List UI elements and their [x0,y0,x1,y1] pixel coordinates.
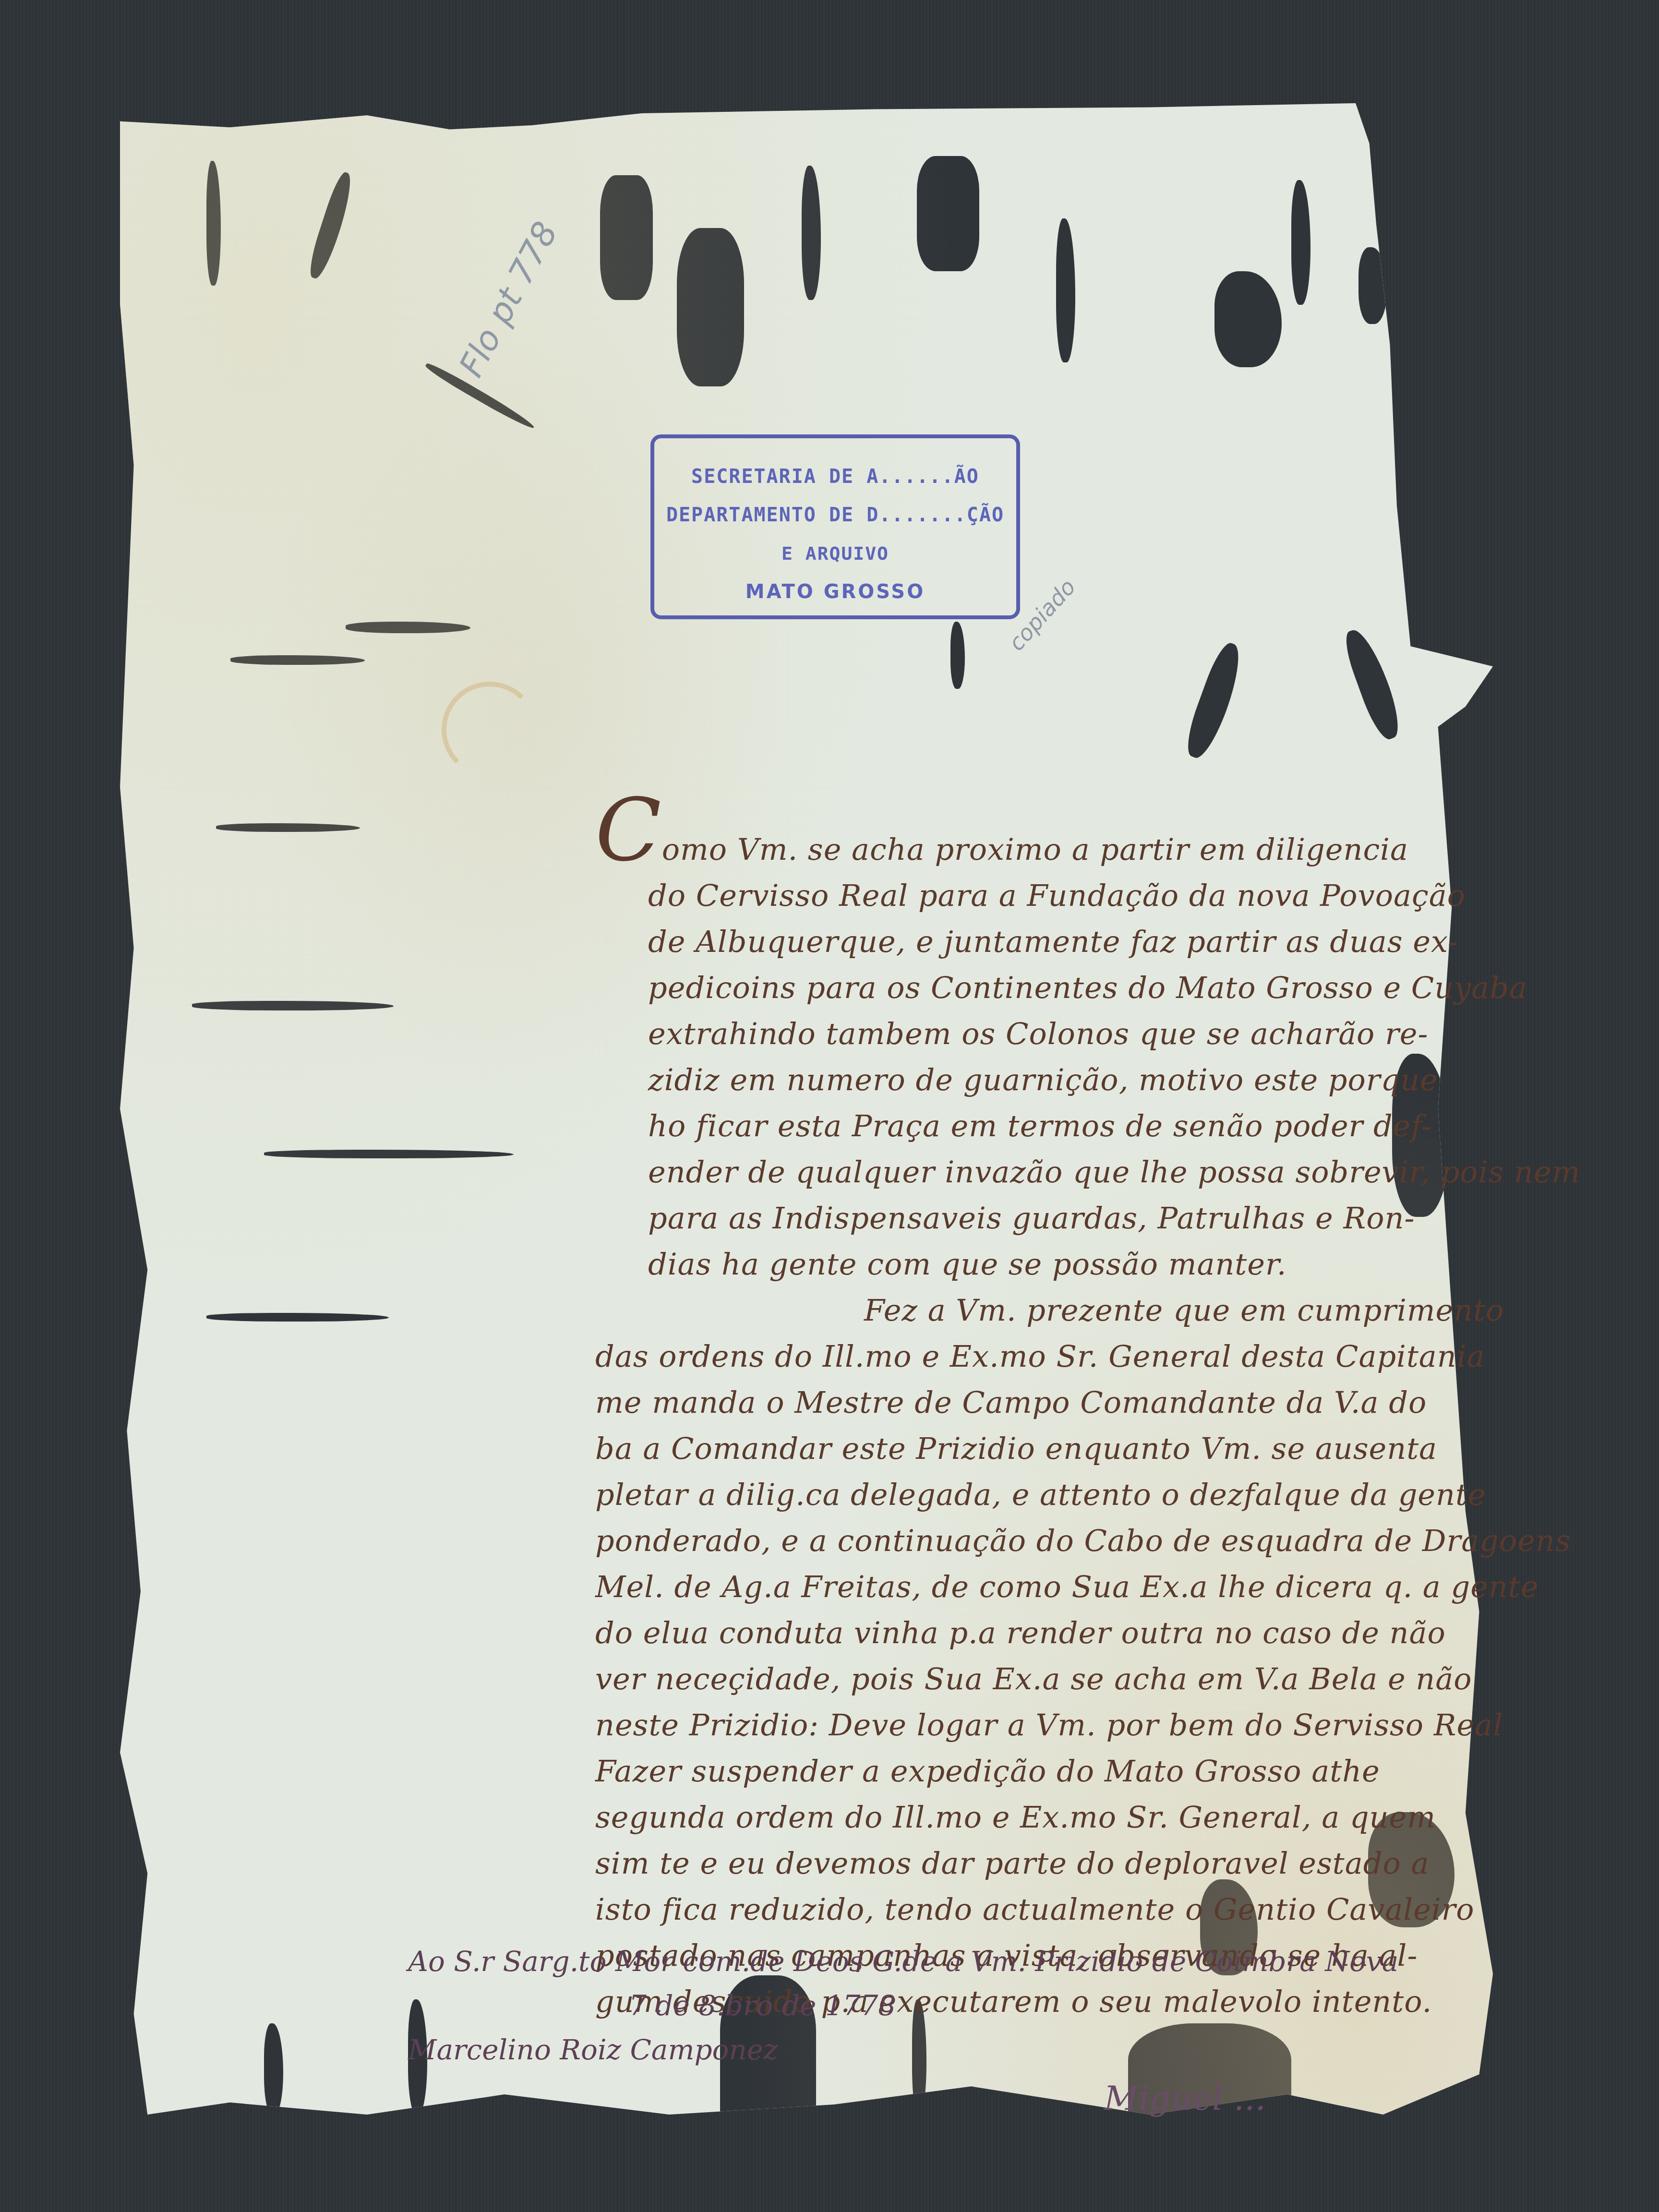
damage-hole [305,170,357,281]
manuscript-line: me manda o Mestre de Campo Comandante da… [595,1380,1507,1426]
water-stain [442,682,538,778]
manuscript-line: dias ha gente com que se possão manter. [595,1241,1507,1287]
closing-block: Ao S.r Sarg.to Mor com.de Deos G.de a Vm… [408,1939,1512,2072]
closing-date: 7 de 8.bro de 1778 [408,1984,1512,2028]
damage-hole [346,622,470,633]
damage-hole [264,2023,283,2115]
stamp-line: E ARQUIVO [654,534,1016,573]
damage-hole [1340,625,1406,743]
manuscript-line: ba a Comandar este Prizidio enquanto Vm.… [595,1426,1507,1472]
damage-hole [1291,180,1310,305]
manuscript-line: ver neceçidade, pois Sua Ex.a se acha em… [595,1656,1507,1702]
damage-hole [802,166,821,300]
manuscript-line: sim te e eu devemos dar parte do deplora… [595,1840,1507,1887]
manuscript-line: pletar a dilig.ca delegada, e attento o … [595,1472,1507,1518]
stamp-line: MATO GROSSO [654,573,1016,611]
damage-hole [216,823,360,832]
manuscript-line: ponderado, e a continuação do Cabo de es… [595,1518,1507,1564]
signature: Miguel ... [1104,2079,1266,2118]
damage-hole [1180,639,1249,762]
manuscript-line: pedicoins para os Continentes do Mato Gr… [595,965,1507,1011]
damage-hole [950,622,965,689]
manuscript-line: de Albuquerque, e juntamente faz partir … [595,919,1507,965]
damage-hole [677,228,744,386]
damage-hole [206,1313,389,1322]
damage-hole [917,156,979,271]
manuscript-line: extrahindo tambem os Colonos que se acha… [595,1011,1507,1057]
closing-address: Ao S.r Sarg.to Mor com.de Deos G.de a Vm… [408,1939,1512,1984]
damage-hole [206,161,221,286]
archive-stamp: SECRETARIA DE A......ÃO DEPARTAMENTO DE … [650,434,1020,619]
manuscript-line: zidiz em numero de guarnição, motivo est… [595,1057,1507,1103]
damage-hole [264,1150,514,1158]
manuscript-line: ender de qualquer invazão que lhe possa … [595,1149,1507,1195]
damage-hole [230,655,365,665]
closing-recipient: Marcelino Roiz Camponez [408,2028,1512,2072]
stamp-line: DEPARTAMENTO DE D.......ÇÃO [654,496,1016,534]
manuscript-line: Mel. de Ag.a Freitas, de como Sua Ex.a l… [595,1564,1507,1610]
manuscript-line: do elua conduta vinha p.a render outra n… [595,1610,1507,1656]
damage-hole [1056,218,1075,362]
manuscript-line: Fez a Vm. prezente que em cumprimento [595,1287,1507,1334]
manuscript-line: Como Vm. se acha proximo a partir em dil… [595,816,1507,873]
manuscript-body: Como Vm. se acha proximo a partir em dil… [595,816,1507,2025]
manuscript-line: neste Prizidio: Deve logar a Vm. por bem… [595,1702,1507,1748]
manuscript-line: das ordens do Ill.mo e Ex.mo Sr. General… [595,1334,1507,1380]
damage-hole [600,175,653,300]
stamp-line: SECRETARIA DE A......ÃO [654,457,1016,496]
damage-hole [192,1001,394,1010]
manuscript-line: segunda ordem do Ill.mo e Ex.mo Sr. Gene… [595,1794,1507,1840]
manuscript-line: isto fica reduzido, tendo actualmente o … [595,1887,1507,1933]
manuscript-line: para as Indispensaveis guardas, Patrulha… [595,1195,1507,1241]
manuscript-line: do Cervisso Real para a Fundação da nova… [595,873,1507,919]
manuscript-line: ho ficar esta Praça em termos de senão p… [595,1103,1507,1149]
manuscript-line: Fazer suspender a expedição do Mato Gros… [595,1748,1507,1794]
damage-hole [1214,271,1282,367]
